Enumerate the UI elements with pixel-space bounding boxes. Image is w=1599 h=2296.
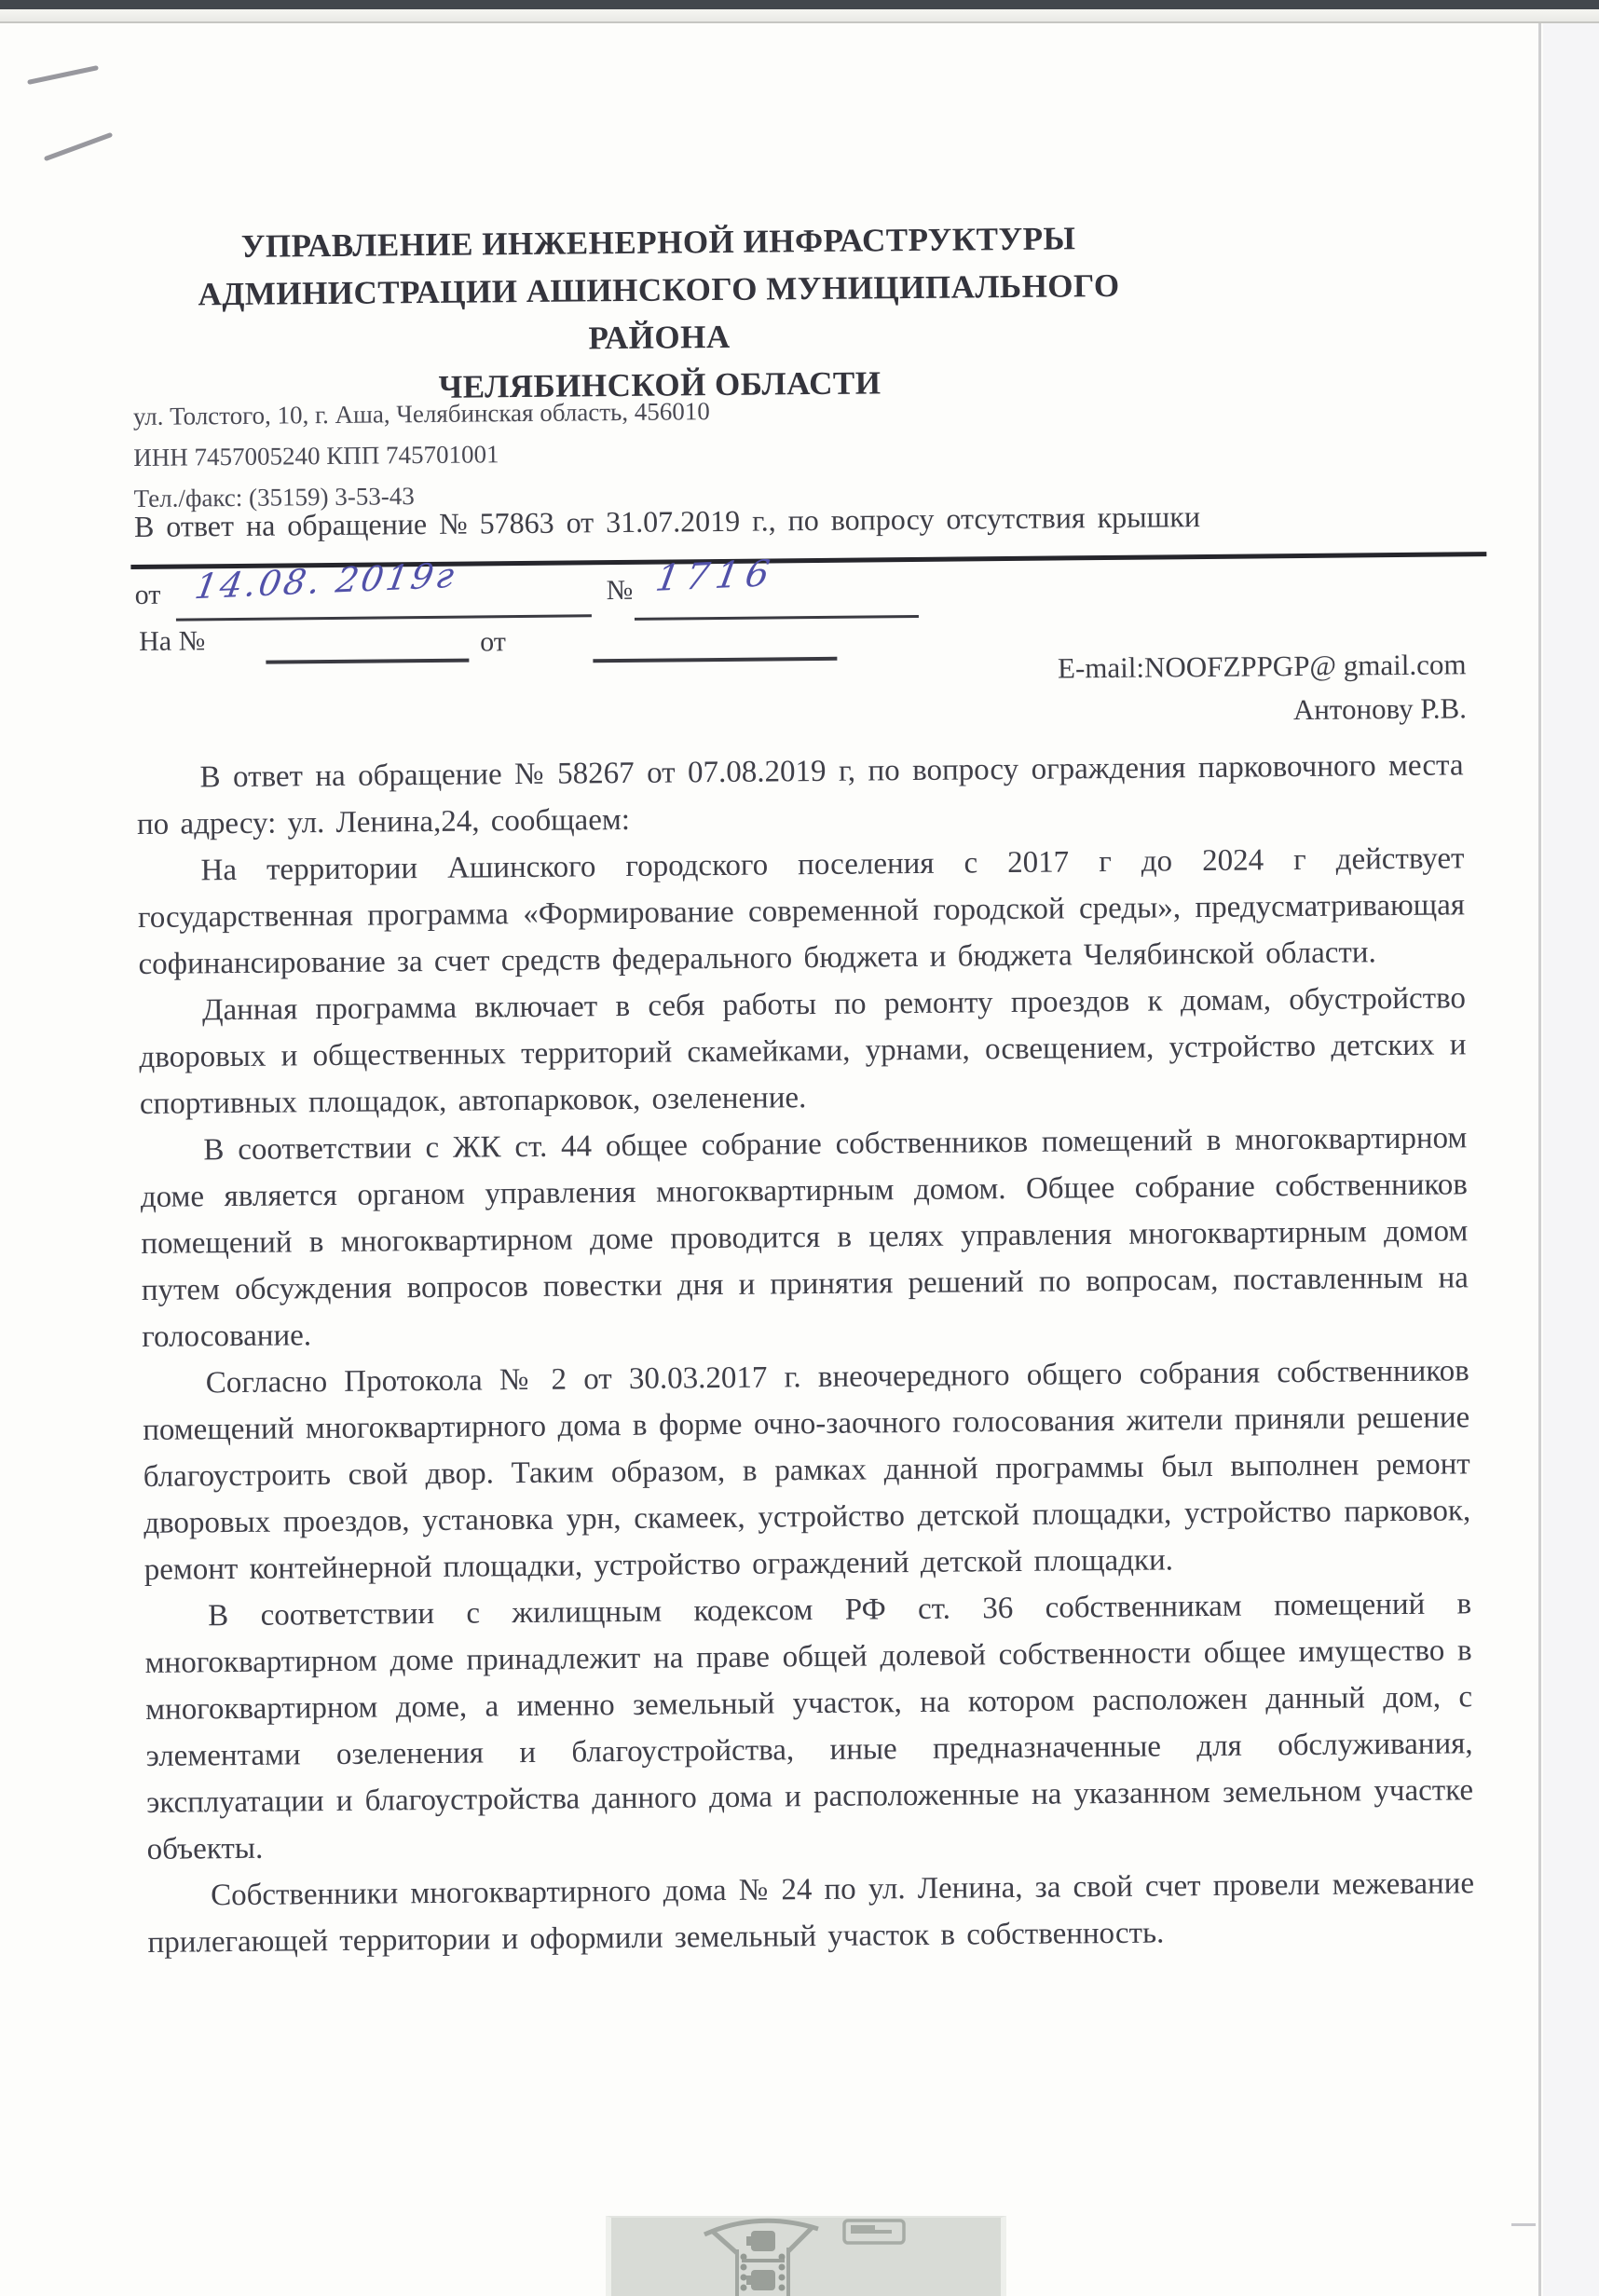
recipient-block: E-mail:NOOFZPPGP@ gmail.com Антонову Р.В…: [646, 642, 1467, 737]
scanned-page: УПРАВЛЕНИЕ ИНЖЕНЕРНОЙ ИНФРАСТРУКТУРЫ АДМ…: [0, 0, 1599, 2296]
attachment-graphic: [611, 2218, 1001, 2296]
picture-icon: [844, 2221, 904, 2243]
document-content: УПРАВЛЕНИЕ ИНЖЕНЕРНОЙ ИНФРАСТРУКТУРЫ АДМ…: [0, 0, 1599, 2296]
org-header: УПРАВЛЕНИЕ ИНЖЕНЕРНОЙ ИНФРАСТРУКТУРЫ АДМ…: [130, 213, 1189, 414]
handwritten-number: 1716: [656, 554, 775, 597]
recipient-email: E-mail:NOOFZPPGP@ gmail.com: [646, 642, 1466, 693]
body-paragraph: На территории Ашинского городского посел…: [137, 835, 1465, 988]
ref-number-label: №: [607, 575, 634, 607]
body-paragraph: В соответствии с ЖК ст. 44 общее собрани…: [140, 1114, 1469, 1360]
body-paragraph: В ответ на обращение № 58267 от 07.08.20…: [136, 742, 1464, 848]
org-header-line2: АДМИНИСТРАЦИИ АШИНСКОГО МУНИЦИПАЛЬНОГО Р…: [130, 261, 1188, 366]
ref-underline-incoming-number: [266, 659, 469, 664]
ref-incoming-from-label: от: [480, 626, 506, 658]
contact-inn-kpp: ИНН 7457005240 КПП 745701001: [133, 431, 710, 478]
attachment-preview: [606, 2216, 1006, 2296]
recipient-name: Антонову Р.В.: [647, 686, 1467, 737]
film-strip-icon: [704, 2221, 818, 2296]
body-paragraph: В соответствии с жилищным кодексом РФ ст…: [144, 1580, 1474, 1873]
ref-underline-date: [176, 614, 592, 621]
body-paragraph: Собственники многоквартирного дома № 24 …: [147, 1860, 1475, 1966]
letter-body: В ответ на обращение № 58267 от 07.08.20…: [136, 742, 1474, 1966]
ref-incoming-label: На №: [139, 625, 205, 658]
ref-underline-number: [635, 615, 919, 621]
handwritten-date: 14.08. 2019г: [196, 560, 456, 603]
body-paragraph: Данная программа включает в себя работы …: [139, 975, 1467, 1127]
ref-from-label: от: [135, 580, 161, 611]
contact-address: ул. Толстого, 10, г. Аша, Челябинская об…: [133, 390, 710, 437]
contact-block: ул. Толстого, 10, г. Аша, Челябинская об…: [133, 390, 711, 519]
body-paragraph: Согласно Протокола № 2 от 30.03.2017 г. …: [143, 1347, 1471, 1593]
